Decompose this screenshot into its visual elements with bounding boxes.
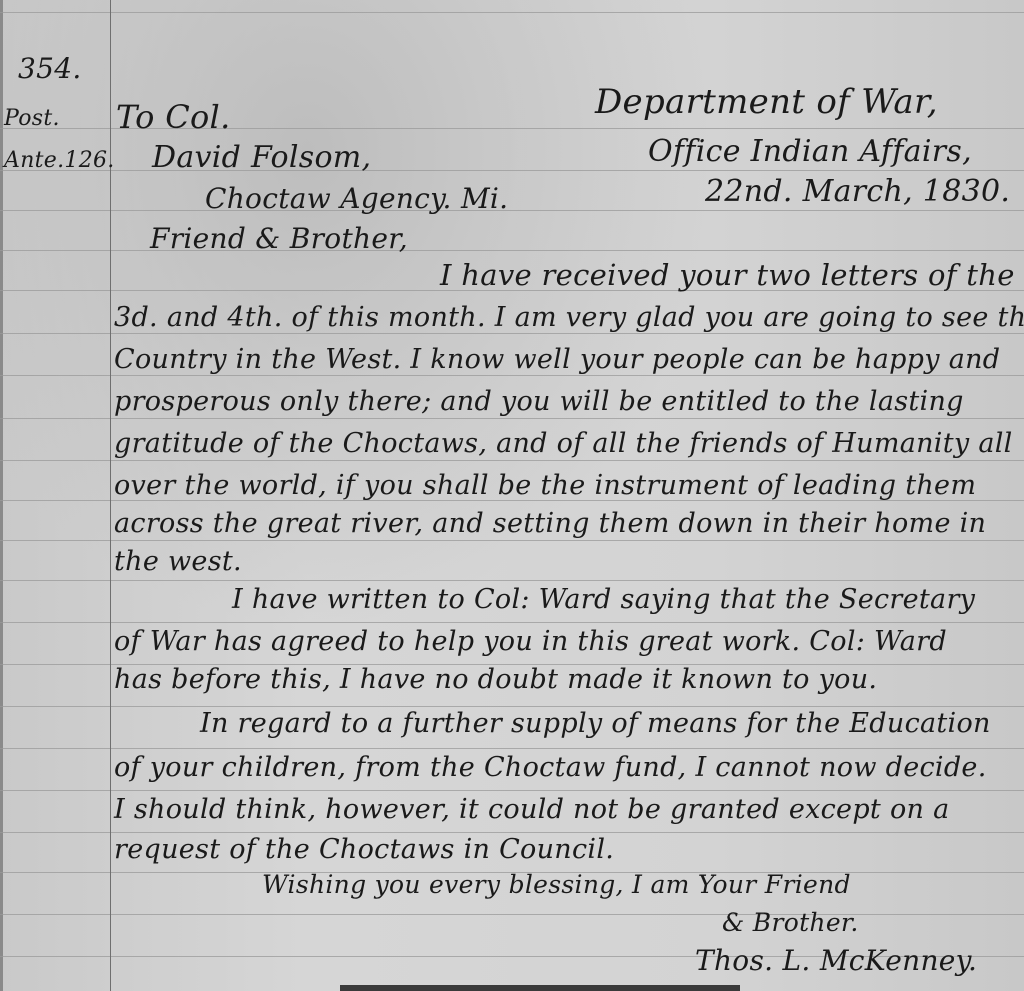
body-line: I have received your two letters of the: [440, 258, 1015, 292]
signature: Thos. L. McKenney.: [695, 944, 977, 977]
body-line: request of the Choctaws in Council.: [114, 834, 614, 865]
margin-note-ante: Ante.126.: [4, 148, 115, 173]
ruled-line: [0, 706, 1024, 707]
ruled-line: [0, 832, 1024, 833]
letter-date: 22nd. March, 1830.: [705, 174, 1010, 209]
page-edge: [0, 0, 3, 991]
body-line: of War has agreed to help you in this gr…: [114, 626, 947, 657]
body-line: I have written to Col: Ward saying that …: [232, 584, 975, 615]
body-line: 3d. and 4th. of this month. I am very gl…: [114, 302, 1024, 333]
ruled-line: [0, 333, 1024, 334]
margin-note-post: Post.: [4, 106, 60, 131]
ruled-line: [0, 622, 1024, 623]
ruled-line: [0, 210, 1024, 211]
recipient-location: Choctaw Agency. Mi.: [205, 182, 508, 215]
body-line: across the great river, and setting them…: [114, 508, 986, 539]
body-line: has before this, I have no doubt made it…: [114, 664, 877, 695]
ruled-line: [0, 914, 1024, 915]
recipient-name: David Folsom,: [152, 140, 371, 175]
greeting: Friend & Brother,: [150, 222, 408, 255]
ruled-line: [0, 540, 1024, 541]
body-line: Wishing you every blessing, I am Your Fr…: [262, 870, 851, 899]
ruled-line: [0, 580, 1024, 581]
office-heading: Office Indian Affairs,: [648, 134, 972, 169]
body-line: gratitude of the Choctaws, and of all th…: [114, 428, 1013, 459]
body-line: of your children, from the Choctaw fund,…: [114, 752, 987, 783]
ledger-page: 354. Post. Ante.126. To Col. David Folso…: [0, 0, 1024, 991]
ruled-line: [0, 748, 1024, 749]
ruled-line: [0, 12, 1024, 13]
body-line: over the world, if you shall be the inst…: [114, 470, 976, 501]
page-bottom-shadow: [340, 985, 740, 991]
ruled-line: [0, 460, 1024, 461]
body-line: In regard to a further supply of means f…: [200, 708, 991, 739]
body-line: I should think, however, it could not be…: [114, 794, 949, 825]
ruled-line: [0, 790, 1024, 791]
page-number: 354.: [18, 52, 82, 85]
body-line: Country in the West. I know well your pe…: [114, 344, 1000, 375]
address-to: To Col.: [116, 98, 231, 136]
body-line: prosperous only there; and you will be e…: [114, 386, 964, 417]
department-heading: Department of War,: [595, 82, 938, 122]
ruled-line: [0, 375, 1024, 376]
closing: & Brother.: [722, 908, 859, 937]
body-line: the west.: [114, 546, 242, 577]
ruled-line: [0, 418, 1024, 419]
